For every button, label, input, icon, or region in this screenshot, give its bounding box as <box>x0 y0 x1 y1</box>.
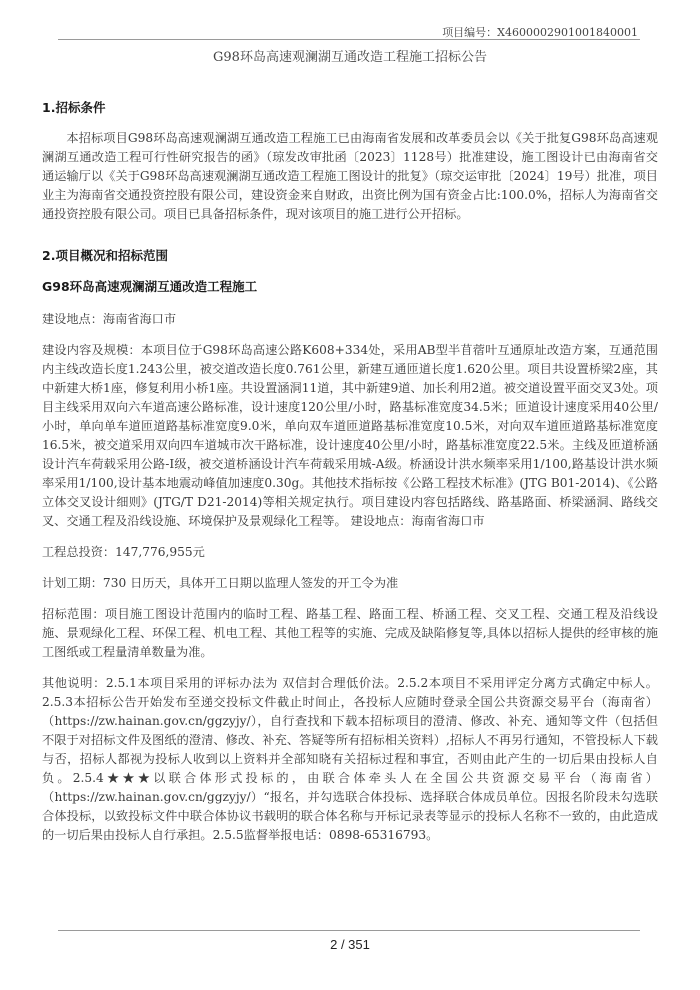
document-body: 1.招标条件 本招标项目G98环岛高速观澜湖互通改造工程施工已由海南省发展和改革… <box>42 98 658 857</box>
construction-scope-paragraph: 建设内容及规模：本项目位于G98环岛高速公路K608+334处，采用AB型半苜蓿… <box>42 341 658 531</box>
bidding-conditions-paragraph: 本招标项目G98环岛高速观澜湖互通改造工程施工已由海南省发展和改革委员会以《关于… <box>42 129 658 224</box>
page-indicator: 2 / 351 <box>0 937 700 952</box>
section-heading-bidding-conditions: 1.招标条件 <box>42 98 658 117</box>
other-notes-paragraph: 其他说明：2.5.1本项目采用的评标办法为 双信封合理低价法。2.5.2本项目不… <box>42 674 658 845</box>
header-project-number: 项目编号：X4600002901001840001 <box>442 24 638 40</box>
footer-divider <box>58 930 640 931</box>
total-investment: 工程总投资：147,776,955元 <box>42 543 658 562</box>
construction-location: 建设地点：海南省海口市 <box>42 310 658 329</box>
header-divider <box>58 39 640 40</box>
section-heading-project-overview: 2.项目概况和招标范围 <box>42 246 658 265</box>
document-title: G98环岛高速观澜湖互通改造工程施工招标公告 <box>0 46 700 65</box>
bidding-scope-paragraph: 招标范围：项目施工图设计范围内的临时工程、路基工程、路面工程、桥涵工程、交叉工程… <box>42 605 658 662</box>
planned-duration: 计划工期：730 日历天，具体开工日期以监理人签发的开工令为准 <box>42 574 658 593</box>
project-name-heading: G98环岛高速观澜湖互通改造工程施工 <box>42 277 658 296</box>
